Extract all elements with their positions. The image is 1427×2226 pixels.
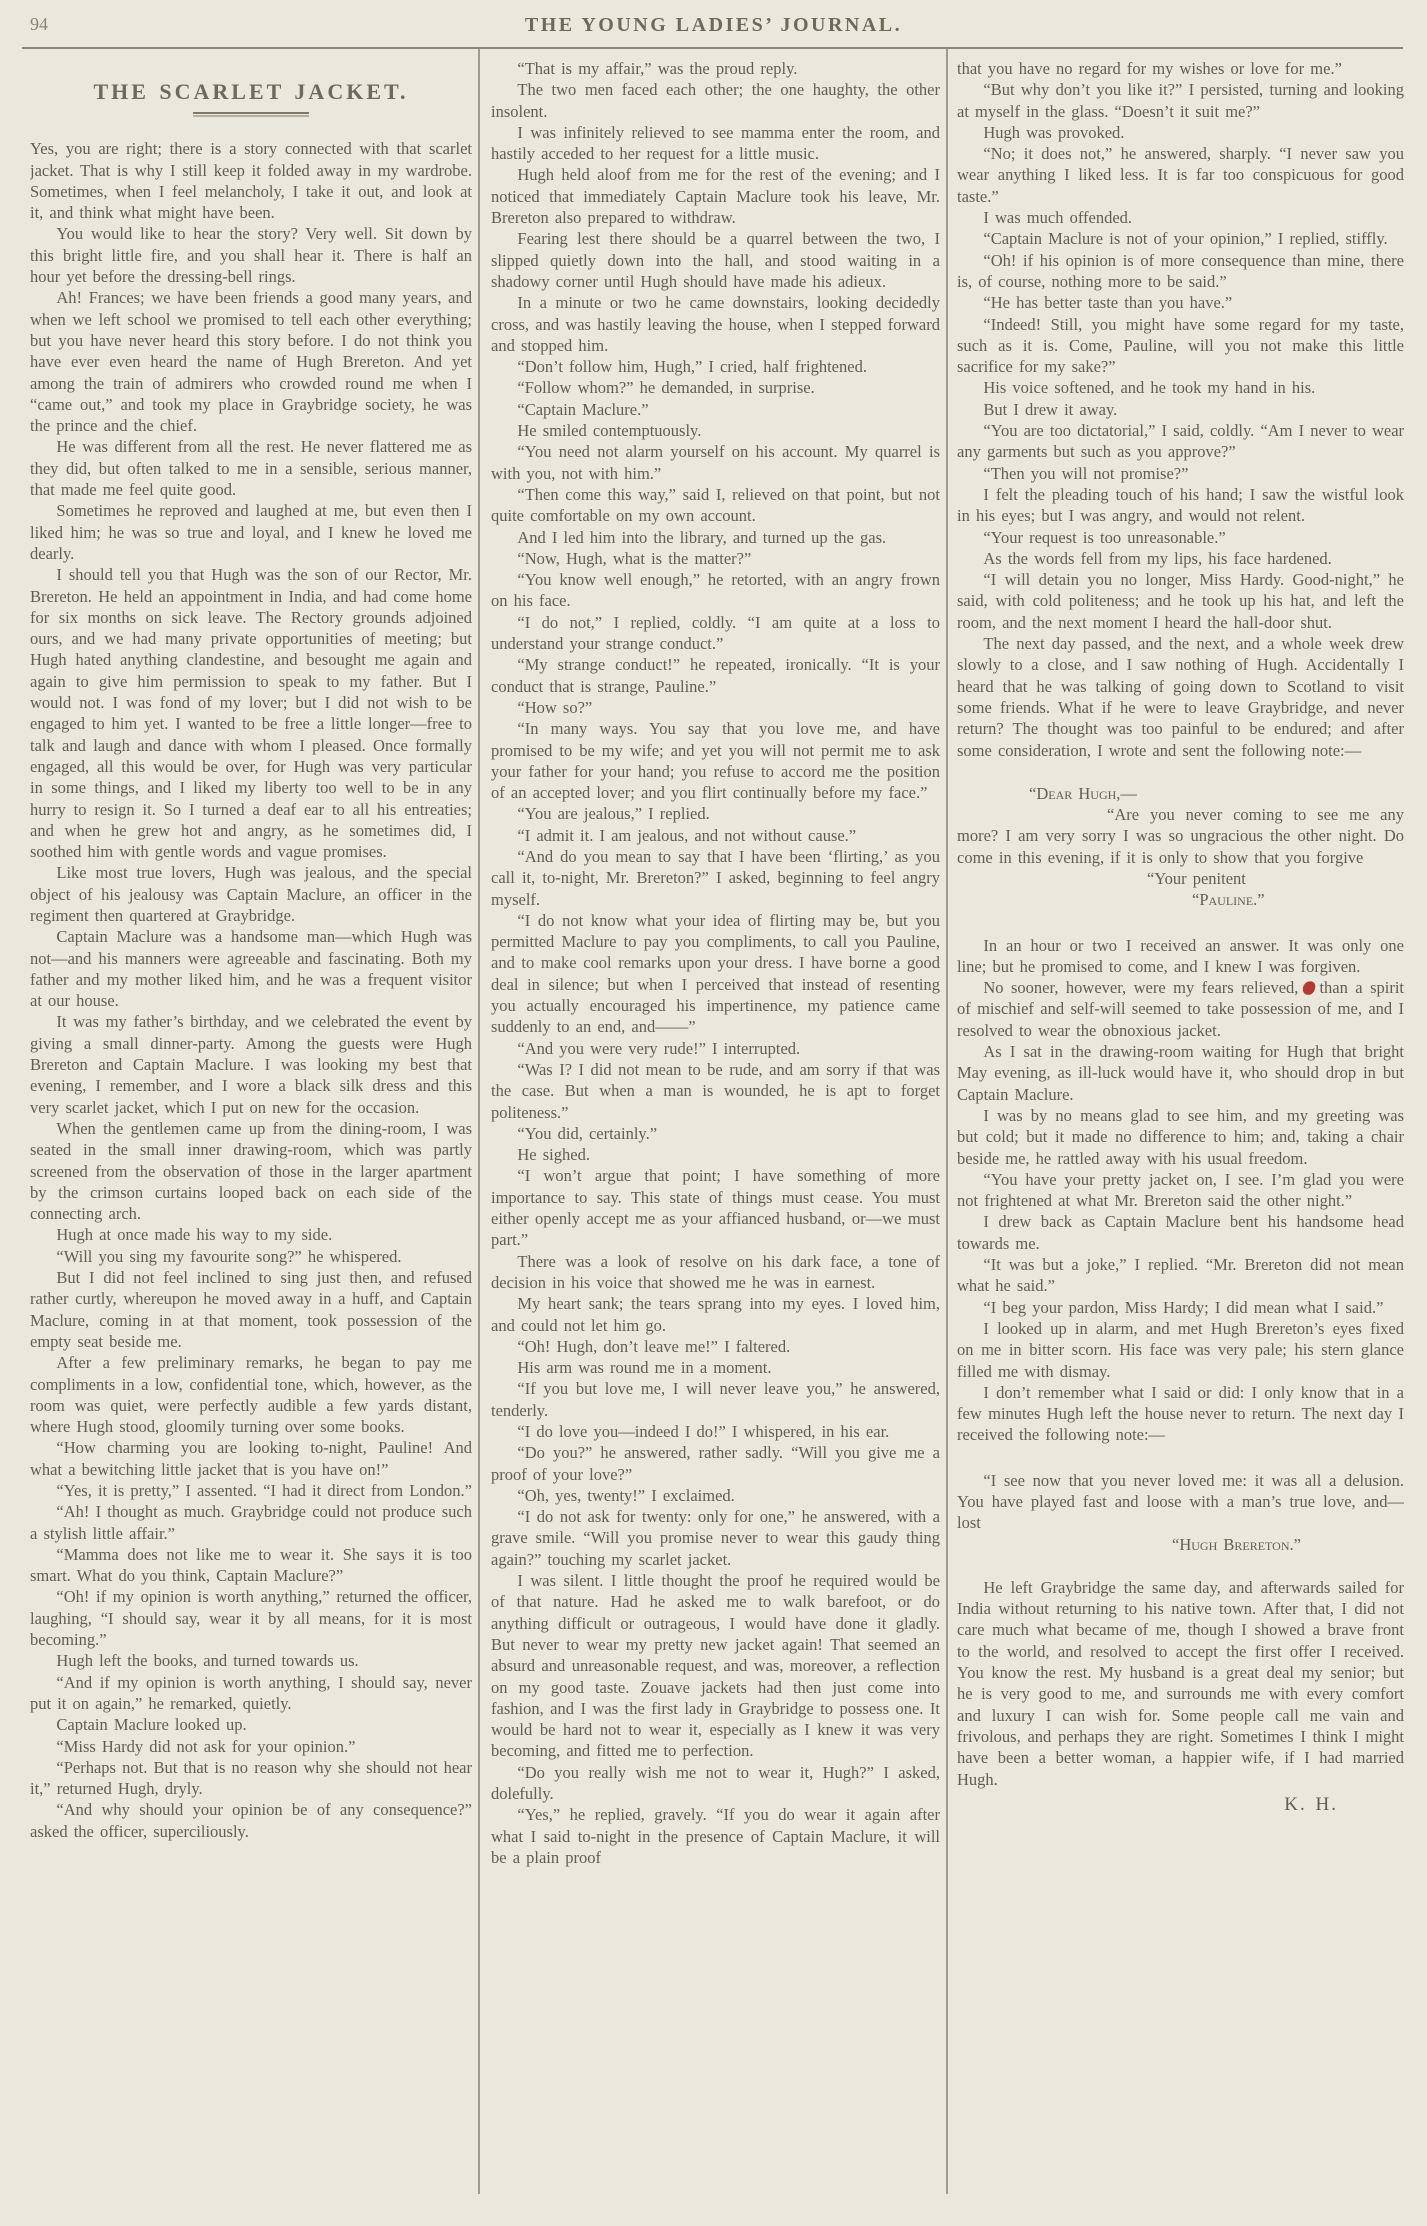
paragraph: His arm was round me in a moment. xyxy=(491,1357,940,1378)
paragraph: No sooner, however, were my fears reliev… xyxy=(957,977,1404,1041)
paragraph: There was a look of resolve on his dark … xyxy=(491,1251,940,1294)
paragraph: I should tell you that Hugh was the son … xyxy=(30,564,472,862)
paragraph: Yes, you are right; there is a story con… xyxy=(30,138,472,223)
paragraph: “How so?” xyxy=(491,697,940,718)
paragraph: “My strange conduct!” he repeated, ironi… xyxy=(491,654,940,697)
note-body: “I see now that you never loved me: it w… xyxy=(957,1470,1404,1534)
paragraph: “No; it does not,” he answered, sharply.… xyxy=(957,143,1404,207)
paragraph: “Indeed! Still, you might have some rega… xyxy=(957,314,1404,378)
paragraph: But I drew it away. xyxy=(957,399,1404,420)
paragraph: My heart sank; the tears sprang into my … xyxy=(491,1293,940,1336)
paragraph: I was infinitely relieved to see mamma e… xyxy=(491,122,940,165)
paragraph: “I do not,” I replied, coldly. “I am qui… xyxy=(491,612,940,655)
paragraph: When the gentlemen came up from the dini… xyxy=(30,1118,472,1224)
paragraph: “Mamma does not like me to wear it. She … xyxy=(30,1544,472,1587)
paragraph: And I led him into the library, and turn… xyxy=(491,527,940,548)
paragraph: “Don’t follow him, Hugh,” I cried, half … xyxy=(491,356,940,377)
story-title: THE SCARLET JACKET. xyxy=(30,81,472,102)
paragraph: His voice softened, and he took my hand … xyxy=(957,377,1404,398)
paragraph: I felt the pleading touch of his hand; I… xyxy=(957,484,1404,527)
paragraph: “Now, Hugh, what is the matter?” xyxy=(491,548,940,569)
paragraph: I was silent. I little thought the proof… xyxy=(491,1570,940,1762)
paragraph: Hugh was provoked. xyxy=(957,122,1404,143)
paragraph: In an hour or two I received an answer. … xyxy=(957,935,1404,978)
paragraph: But I did not feel inclined to sing just… xyxy=(30,1267,472,1352)
paragraph: I was much offended. xyxy=(957,207,1404,228)
paragraph: “And do you mean to say that I have been… xyxy=(491,846,940,910)
paragraph: “Oh! Hugh, don’t leave me!” I faltered. xyxy=(491,1336,940,1357)
paragraph: “Yes, it is pretty,” I assented. “I had … xyxy=(30,1480,472,1501)
paragraph: Hugh held aloof from me for the rest of … xyxy=(491,164,940,228)
paragraph: “I will detain you no longer, Miss Hardy… xyxy=(957,569,1404,633)
paragraph: “Ah! I thought as much. Graybridge could… xyxy=(30,1501,472,1544)
letter-salutation: “Dear Hugh,— xyxy=(957,783,1404,804)
paragraph: He left Graybridge the same day, and aft… xyxy=(957,1577,1404,1790)
paragraph: “And if my opinion is worth anything, I … xyxy=(30,1672,472,1715)
paragraph: As the words fell from my lips, his face… xyxy=(957,548,1404,569)
paragraph: “I admit it. I am jealous, and not witho… xyxy=(491,825,940,846)
paragraph: “It was but a joke,” I replied. “Mr. Bre… xyxy=(957,1254,1404,1297)
author-initials: K. H. xyxy=(957,1794,1404,1815)
letter-signoff: “Your penitent xyxy=(957,868,1404,889)
paragraph: Captain Maclure was a handsome man—which… xyxy=(30,926,472,1011)
letter-signature: “Pauline.” xyxy=(957,889,1404,910)
paragraph: “Oh! if his opinion is of more consequen… xyxy=(957,250,1404,293)
paragraph: He smiled contemptuously. xyxy=(491,420,940,441)
paragraph: “Captain Maclure.” xyxy=(491,399,940,420)
paragraph: Ah! Frances; we have been friends a good… xyxy=(30,287,472,436)
paragraph: As I sat in the drawing-room waiting for… xyxy=(957,1041,1404,1105)
paragraph: “I do love you—indeed I do!” I whispered… xyxy=(491,1421,940,1442)
paragraph: “I won’t argue that point; I have someth… xyxy=(491,1165,940,1250)
paragraph-text: No sooner, however, were my fears reliev… xyxy=(983,978,1298,997)
paragraph: “Perhaps not. But that is no reason why … xyxy=(30,1757,472,1800)
paragraph: “Do you really wish me not to wear it, H… xyxy=(491,1762,940,1805)
paragraph: “Then you will not promise?” xyxy=(957,463,1404,484)
paragraph: “If you but love me, I will never leave … xyxy=(491,1378,940,1421)
paragraph: “Yes,” he replied, gravely. “If you do w… xyxy=(491,1804,940,1868)
paragraph: “You are too dictatorial,” I said, coldl… xyxy=(957,420,1404,463)
paragraph: “He has better taste than you have.” xyxy=(957,292,1404,313)
paragraph: I don’t remember what I said or did: I o… xyxy=(957,1382,1404,1446)
paragraph: I looked up in alarm, and met Hugh Brere… xyxy=(957,1318,1404,1382)
paragraph: “You know well enough,” he retorted, wit… xyxy=(491,569,940,612)
paragraph: After a few preliminary remarks, he bega… xyxy=(30,1352,472,1437)
column-divider-2 xyxy=(946,49,948,2194)
paragraph: “In many ways. You say that you love me,… xyxy=(491,718,940,803)
paragraph: “Your request is too unreasonable.” xyxy=(957,527,1404,548)
letter-body: “Are you never coming to see me any more… xyxy=(957,804,1404,868)
paragraph: You would like to hear the story? Very w… xyxy=(30,223,472,287)
paragraph: Hugh left the books, and turned towards … xyxy=(30,1650,472,1671)
paragraph: I drew back as Captain Maclure bent his … xyxy=(957,1211,1404,1254)
paragraph: Sometimes he reproved and laughed at me,… xyxy=(30,500,472,564)
paragraph: “And why should your opinion be of any c… xyxy=(30,1799,472,1842)
paragraph: “And you were very rude!” I interrupted. xyxy=(491,1038,940,1059)
paragraph: “You did, certainly.” xyxy=(491,1123,940,1144)
paragraph: “You have your pretty jacket on, I see. … xyxy=(957,1169,1404,1212)
text-column-2: “That is my affair,” was the proud reply… xyxy=(491,58,940,2226)
paragraph: “Oh! if my opinion is worth anything,” r… xyxy=(30,1586,472,1650)
paragraph: “How charming you are looking to-night, … xyxy=(30,1437,472,1480)
paragraph: “You are jealous,” I replied. xyxy=(491,803,940,824)
paragraph: The next day passed, and the next, and a… xyxy=(957,633,1404,761)
paragraph: “But why don’t you like it?” I persisted… xyxy=(957,79,1404,122)
paragraph: “Oh, yes, twenty!” I exclaimed. xyxy=(491,1485,940,1506)
paragraph: It was my father’s birthday, and we cele… xyxy=(30,1011,472,1117)
text-column-3: that you have no regard for my wishes or… xyxy=(957,58,1404,2226)
paragraph: “Captain Maclure is not of your opinion,… xyxy=(957,228,1404,249)
title-divider xyxy=(193,112,309,114)
red-ink-mark xyxy=(1302,980,1317,996)
paragraph: He sighed. xyxy=(491,1144,940,1165)
paragraph: “Then come this way,” said I, relieved o… xyxy=(491,484,940,527)
paragraph: that you have no regard for my wishes or… xyxy=(957,58,1404,79)
header-rule xyxy=(22,47,1403,49)
note-signature: “Hugh Brereton.” xyxy=(957,1534,1404,1555)
paragraph: He was different from all the rest. He n… xyxy=(30,436,472,500)
journal-title: THE YOUNG LADIES’ JOURNAL. xyxy=(0,14,1427,37)
paragraph: “Was I? I did not mean to be rude, and a… xyxy=(491,1059,940,1123)
paragraph: “You need not alarm yourself on his acco… xyxy=(491,441,940,484)
column-divider-1 xyxy=(478,49,480,2194)
paragraph: “Miss Hardy did not ask for your opinion… xyxy=(30,1736,472,1757)
paragraph: “Will you sing my favourite song?” he wh… xyxy=(30,1246,472,1267)
paragraph: “I beg your pardon, Miss Hardy; I did me… xyxy=(957,1297,1404,1318)
paragraph: Like most true lovers, Hugh was jealous,… xyxy=(30,862,472,926)
paragraph: “That is my affair,” was the proud reply… xyxy=(491,58,940,79)
paragraph: “Follow whom?” he demanded, in surprise. xyxy=(491,377,940,398)
paragraph: The two men faced each other; the one ha… xyxy=(491,79,940,122)
paragraph: “I do not know what your idea of flirtin… xyxy=(491,910,940,1038)
paragraph: “I do not ask for twenty: only for one,”… xyxy=(491,1506,940,1570)
paragraph: “Do you?” he answered, rather sadly. “Wi… xyxy=(491,1442,940,1485)
paragraph: In a minute or two he came downstairs, l… xyxy=(491,292,940,356)
paragraph: Fearing lest there should be a quarrel b… xyxy=(491,228,940,292)
text-column-1: THE SCARLET JACKET.Yes, you are right; t… xyxy=(30,55,472,2223)
paragraph: Captain Maclure looked up. xyxy=(30,1714,472,1735)
paragraph: Hugh at once made his way to my side. xyxy=(30,1224,472,1245)
paragraph: I was by no means glad to see him, and m… xyxy=(957,1105,1404,1169)
